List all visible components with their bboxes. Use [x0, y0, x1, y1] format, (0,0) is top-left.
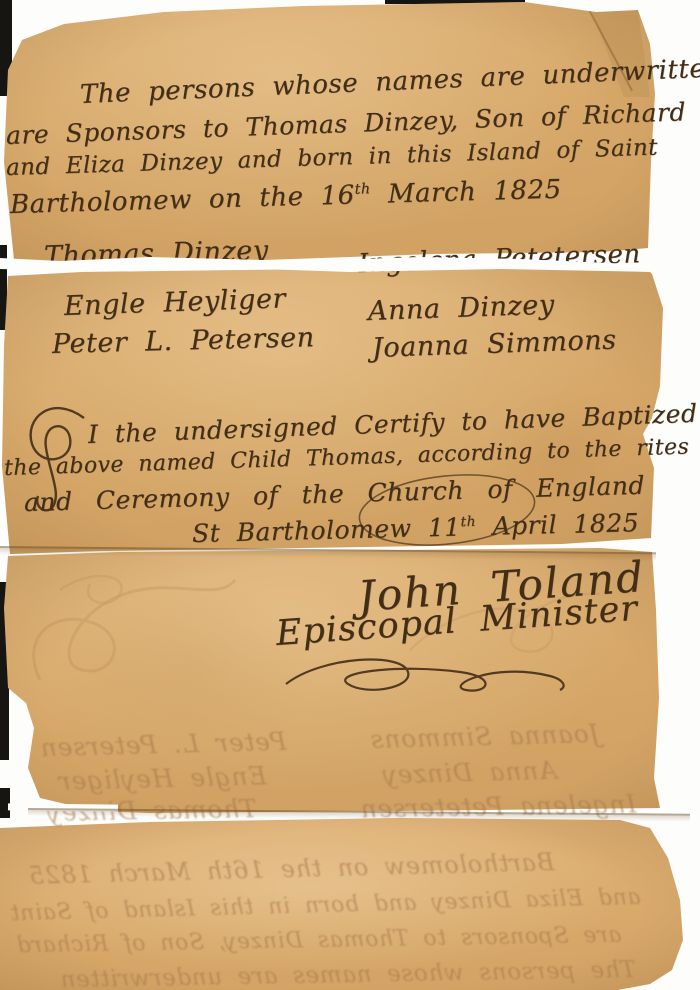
date-text: March 1825: [370, 175, 562, 210]
bleedthrough-line: Anna Dinzey: [382, 756, 558, 790]
ordinal-superscript: th: [460, 514, 476, 530]
sponsor-name: Anna Dinzey: [367, 289, 555, 326]
scanned-document: Peter L. Petersen Joanna Simmons Engle H…: [0, 0, 700, 990]
bleedthrough-line: Engle Heyliger: [58, 761, 267, 795]
date-text: April 1825: [476, 508, 640, 541]
bleedthrough-line: Joanna Simmons: [370, 719, 600, 754]
ordinal-superscript: th: [354, 181, 370, 197]
